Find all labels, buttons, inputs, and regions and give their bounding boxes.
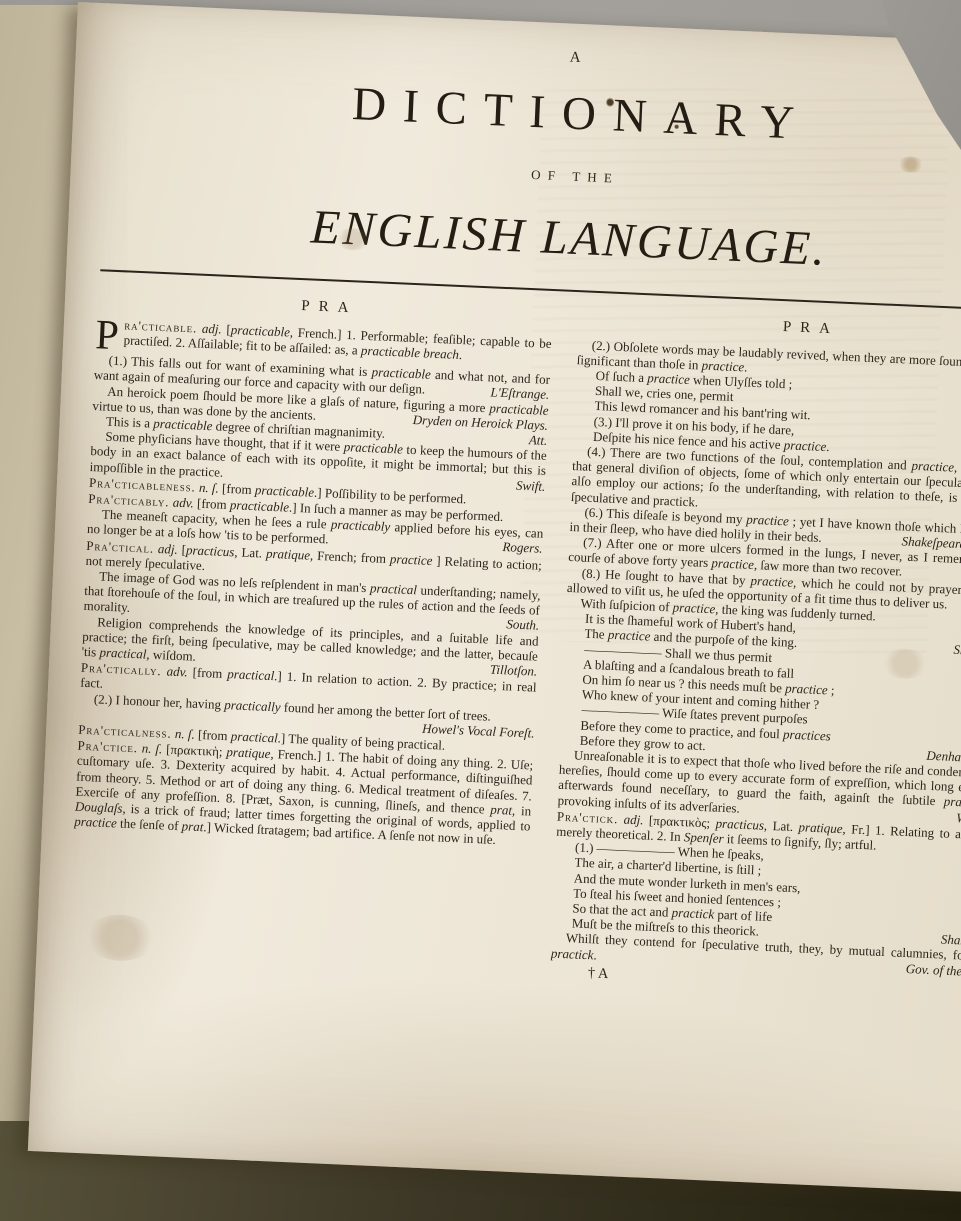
column-right: PRA (2.) Obſolete words may be laudably … bbox=[550, 310, 961, 1000]
dictionary-entry: Pra'ctice. n. ſ. [πρακτικὴ; pratique, Fr… bbox=[74, 738, 534, 849]
title-english-language: ENGLISH LANGUAGE. bbox=[99, 190, 961, 286]
quote-attribution: Gov. of the Tongue. bbox=[881, 960, 961, 981]
page-title: DICTIONARY bbox=[105, 66, 961, 161]
headword: ra'cticable. bbox=[124, 317, 198, 335]
headword: Pra'ctick. bbox=[557, 809, 619, 827]
drop-cap: P bbox=[95, 316, 125, 354]
page-content: A DICTIONARY OF THE ENGLISH LANGUAGE. PR… bbox=[68, 29, 961, 1000]
book-page: A DICTIONARY OF THE ENGLISH LANGUAGE. PR… bbox=[28, 2, 961, 1195]
column-left: PRA Pra'cticable. adj. [practicable, Fre… bbox=[68, 289, 553, 979]
quote-attribution: Rogers. bbox=[478, 538, 543, 556]
title-block: A DICTIONARY OF THE ENGLISH LANGUAGE. bbox=[98, 29, 961, 312]
headword: Pra'ctically. bbox=[81, 660, 162, 679]
text-columns: PRA Pra'cticable. adj. [practicable, Fre… bbox=[68, 289, 961, 1000]
headword: Pra'ctical. bbox=[86, 537, 154, 555]
quote-attribution: Swift. bbox=[491, 476, 545, 494]
headword: Pra'ctice. bbox=[77, 738, 138, 756]
quote-attribution: Tillotſon. bbox=[465, 661, 537, 679]
